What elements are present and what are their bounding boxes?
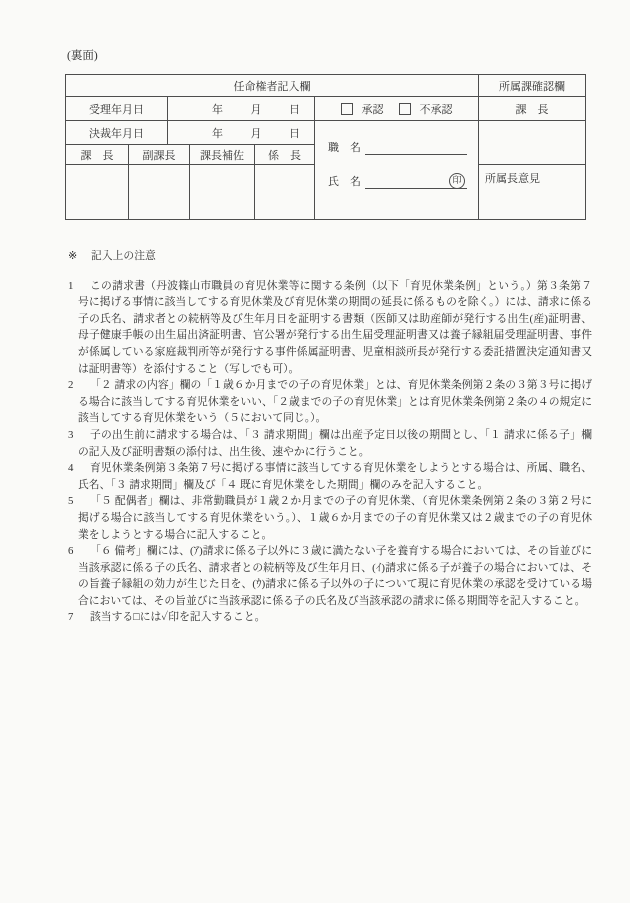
kacho-hosa-signature-cell xyxy=(189,164,254,219)
note-number: 7 xyxy=(68,609,73,626)
notes-heading-text: 記入上の注意 xyxy=(91,248,156,265)
name-blank-line: 印 xyxy=(365,174,467,189)
form-back-page: (裏面) 任命権者記入欄 所属課確認欄 受理年月日 年 月 日 承認 不承認 課… xyxy=(0,0,630,903)
signer-title-name-cell: 職 名 氏 名 印 xyxy=(314,120,478,219)
seal-icon: 印 xyxy=(449,173,465,189)
name-label: 氏 名 xyxy=(328,173,361,189)
approve-checkbox-icon xyxy=(341,103,353,115)
page-side-label: (裏面) xyxy=(67,47,98,63)
year-label: 年 xyxy=(212,125,223,141)
note-text: 該当する□には✓印を記入すること。 xyxy=(90,611,265,623)
note-text: 「２ 請求の内容」欄の「１歳６か月までの子の育児休業」とは、育児休業条例第２条の… xyxy=(78,379,592,424)
note-number: 5 xyxy=(68,493,73,510)
fuku-kacho-column-header: 副課長 xyxy=(128,144,189,164)
notes-list: 1この請求書（丹波篠山市職員の育児休業等に関する条例（以下「育児休業条例」という… xyxy=(68,278,592,626)
confirmation-kacho-label: 課 長 xyxy=(478,96,585,120)
month-label: 月 xyxy=(251,101,262,117)
note-item-5: 5「５ 配偶者」欄は、非常勤職員が１歳２か月までの子の育児休業、（育児休業条例第… xyxy=(68,493,592,543)
month-label: 月 xyxy=(251,125,262,141)
note-number: 1 xyxy=(68,278,73,295)
approval-decision-field: 承認 不承認 xyxy=(314,96,478,120)
dept-head-opinion-cell: 所属長意見 xyxy=(478,164,585,219)
note-item-1: 1この請求書（丹波篠山市職員の育児休業等に関する条例（以下「育児休業条例」という… xyxy=(68,278,592,378)
note-number: 6 xyxy=(68,543,73,560)
notes-heading: ※記入上の注意 xyxy=(68,248,592,265)
note-item-3: 3子の出生前に請求する場合は、「３ 請求期間」欄は出産予定日以後の期間とし、「１… xyxy=(68,427,592,460)
header-appointing-authority: 任命権者記入欄 xyxy=(66,75,478,96)
title-row: 職 名 xyxy=(328,139,467,155)
kakaricho-signature-cell xyxy=(254,164,314,219)
acceptance-date-field: 年 月 日 xyxy=(167,96,314,120)
note-item-4: 4育児休業条例第３条第７号に掲げる事情に該当してする育児休業をしようとする場合は… xyxy=(68,460,592,493)
kacho-hosa-column-header: 課長補佐 xyxy=(189,144,254,164)
notes-section: ※記入上の注意 1この請求書（丹波篠山市職員の育児休業等に関する条例（以下「育児… xyxy=(68,248,592,626)
note-text: 「５ 配偶者」欄は、非常勤職員が１歳２か月までの子の育児休業、（育児休業条例第２… xyxy=(78,495,592,540)
day-label: 日 xyxy=(289,101,300,117)
approve-label: 承認 xyxy=(362,101,384,117)
kakaricho-column-header: 係 長 xyxy=(254,144,314,164)
kacho-column-header: 課 長 xyxy=(66,144,128,164)
note-number: 3 xyxy=(68,427,73,444)
acceptance-date-label: 受理年月日 xyxy=(66,96,167,120)
disapprove-label: 不承認 xyxy=(420,101,453,117)
header-section-confirmation: 所属課確認欄 xyxy=(478,75,585,96)
reference-mark: ※ xyxy=(68,248,77,265)
fuku-kacho-signature-cell xyxy=(128,164,189,219)
note-text: 子の出生前に請求する場合は、「３ 請求期間」欄は出産予定日以後の期間とし、「１ … xyxy=(78,429,592,458)
note-number: 4 xyxy=(68,460,73,477)
note-number: 2 xyxy=(68,377,73,394)
title-blank-line xyxy=(365,140,467,155)
confirmation-kacho-signature-cell xyxy=(478,120,585,164)
note-text: 「６ 備考」欄には、(ｱ)請求に係る子以外に３歳に満たない子を養育する場合におい… xyxy=(78,545,592,607)
note-text: この請求書（丹波篠山市職員の育児休業等に関する条例（以下「育児休業条例」という。… xyxy=(78,280,592,375)
disapprove-checkbox-icon xyxy=(399,103,411,115)
title-label: 職 名 xyxy=(328,139,361,155)
note-item-6: 6「６ 備考」欄には、(ｱ)請求に係る子以外に３歳に満たない子を養育する場合にお… xyxy=(68,543,592,609)
kacho-signature-cell xyxy=(66,164,128,219)
approval-table: 任命権者記入欄 所属課確認欄 受理年月日 年 月 日 承認 不承認 課 長 決裁… xyxy=(65,74,586,220)
decision-date-field: 年 月 日 xyxy=(167,120,314,144)
year-label: 年 xyxy=(212,101,223,117)
day-label: 日 xyxy=(289,125,300,141)
note-text: 育児休業条例第３条第７号に掲げる事情に該当してする育児休業をしようとする場合は、… xyxy=(78,462,592,491)
decision-date-label: 決裁年月日 xyxy=(66,120,167,144)
name-row: 氏 名 印 xyxy=(328,173,467,189)
note-item-7: 7該当する□には✓印を記入すること。 xyxy=(68,609,592,626)
note-item-2: 2「２ 請求の内容」欄の「１歳６か月までの子の育児休業」とは、育児休業条例第２条… xyxy=(68,377,592,427)
